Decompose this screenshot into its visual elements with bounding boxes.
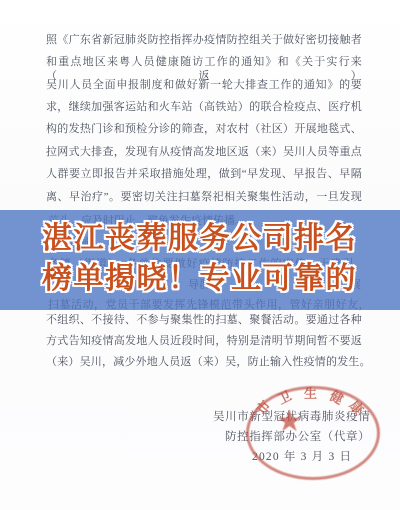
document-line: 构的发热门诊和预检分诊的筛查，对农村（社区）开展地毯式、 bbox=[46, 122, 362, 136]
document-line: （来）吴川，减少外地人员返（来）吴，防止输入性疫情的发生。 bbox=[46, 355, 362, 369]
banner-headline: 湛江丧葬服务公司排名 榜单揭晓！专业可靠的 bbox=[42, 219, 357, 299]
document-line: 方式告知疫情高发地人员近段时间，特别是清明节期间暂不要返 bbox=[46, 334, 362, 348]
document-line: 离、早治疗”。要密切关注扫墓祭祀相关聚集性活动，一旦发现 bbox=[46, 190, 362, 204]
document-line: 求，继续加强客运站和火车站（高铁站）的联合检疫点、医疗机 bbox=[46, 100, 362, 114]
document-line: 不组织、不接待、不参与聚集性的扫墓、聚餐活动。要通过各种 bbox=[46, 313, 362, 327]
seal-arc-char: 生 bbox=[304, 387, 317, 400]
document-line: 人群要立即报告并采取措施处理，做到“早发现、早报告、早隔 bbox=[46, 167, 362, 181]
document-line: 吴川人员全面申报制度和做好新一轮大排查工作的通知》的要 bbox=[46, 78, 362, 92]
banner-line-1: 湛江丧葬服务公司排名 bbox=[42, 219, 357, 259]
banner-line-2: 榜单揭晓！专业可靠的 bbox=[42, 259, 357, 299]
document-line: 照《广东省新冠肺炎防控指挥办疫情防控组关于做好密切接触者 bbox=[46, 33, 362, 47]
document-photo: 照《广东省新冠肺炎防控指挥办疫情防控组关于做好密切接触者 和重点地区来粤人员健康… bbox=[0, 0, 400, 510]
document-line: 拉网式大排查，发现有从疫情高发地区返（来）吴川人员等重点 bbox=[46, 145, 362, 159]
document-line-ghost: 扫墓活动，党员干部要发挥先锋模范带头作用，管好亲朋好友， bbox=[48, 298, 360, 312]
seal-star-icon: ★ bbox=[276, 407, 303, 437]
